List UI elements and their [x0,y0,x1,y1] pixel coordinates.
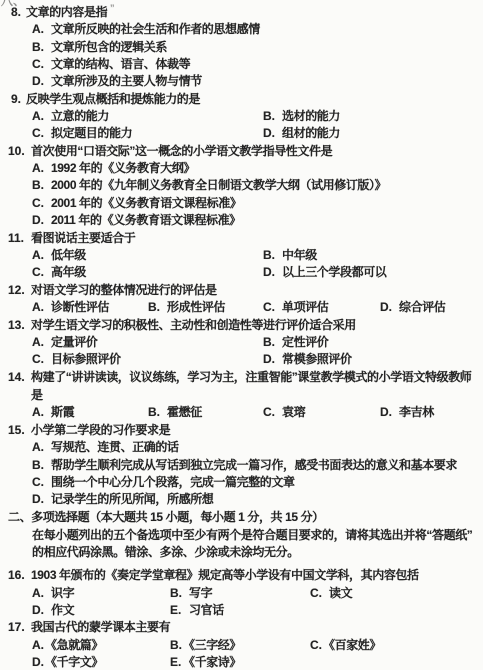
section-heading: 二、多项选择题（本大题共 15 小题，每小题 1 分，共 15 分） [8,508,324,526]
row-q14-options: A.斯霞 B.霍懋征 C.袁瑢 D.李吉林 [0,403,483,421]
option-label: D. [263,350,282,368]
question-stem: 小学第二学段的习作要求是 [31,421,170,439]
option-c: C.高年级 [32,263,86,281]
option-text: 《千家诗》 [183,655,241,669]
option-label: C. [263,403,282,421]
row-section2-instruction-2: 的相应代码涂黑。错涂、多涂、少涂或未涂均无分。 [0,543,483,561]
instruction-line: 在每小题列出的五个备选项中至少有两个是符合题目要求的，请将其选出并将“答题纸” [32,526,472,544]
row-q13-stem: 13. 对学生语文学习的积极性、主动性和创造性等进行评价适合采用 [0,316,483,334]
option-d: D.常模参照评价 [263,350,352,368]
row-q17-stem: 17. 我国古代的蒙学课本主要有 [0,618,483,636]
option-label: D. [32,211,51,229]
option-label: C. [32,194,51,212]
question-stem: 首次使用“口语交际”这一概念的小学语文教学指导性文件是 [31,142,332,160]
row-q12-options: A.诊断性评估 B.形成性评估 C.单项评估 D.综合评估 [0,298,483,316]
question-stem: 构建了“讲讲读读，议议练练，学习为主，注重智能”课堂教学模式的小学语文特级教师 [31,368,471,386]
row-q10-option-c: C.2001 年的《义务教育语文课程标准》 [0,194,483,212]
option-text: 《三字经》 [183,638,241,652]
option-text: 围绕一个中心分几个段落，完成一篇完整的文章 [51,475,295,489]
option-d: D.记录学生的所见所闻，所感所想 [32,490,213,508]
option-text: 习官话 [189,603,224,617]
option-text: 作文 [51,603,74,617]
option-a: A.诊断性评估 [32,298,109,316]
option-a: A.写规范、连贯、正确的话 [32,438,179,456]
option-text: 2001 年的《义务教育语文课程标准》 [51,196,241,210]
instruction-line: 的相应代码涂黑。错涂、多涂、少涂或未涂均无分。 [32,543,299,561]
row-q9-options-ab: A.立意的能力 B.选材的能力 [0,107,483,125]
option-label: A. [32,246,51,264]
option-b: B.选材的能力 [263,107,340,125]
option-text: 拟定题目的能力 [51,126,132,140]
question-number: 10. [8,142,25,160]
option-d: D.作文 [32,601,74,619]
question-stem: 对语文学习的整体情况进行的评估是 [31,281,217,299]
option-text: 以上三个学段都可以 [282,265,386,279]
option-label: D. [263,263,282,281]
option-e: E.习官话 [170,601,224,619]
option-text: 识字 [51,586,74,600]
question-stem: 我国古代的蒙学课本主要有 [31,618,170,636]
option-label: D. [380,403,399,421]
row-q16-options-abc: A.识字 B.写字 C.读文 [0,584,483,602]
row-q11-options-ab: A.低年级 B.中年级 [0,246,483,264]
option-text: 诊断性评估 [51,300,109,314]
option-label: C. [32,473,51,491]
option-c: C.《百家姓》 [310,636,381,654]
question-number: 15. [8,421,25,439]
option-label: D. [32,653,45,670]
option-b: B.写字 [170,584,212,602]
row-q8-option-d: D.文章所涉及的主要人物与情节 [0,72,483,90]
option-text: 文章的结构、语言、体裁等 [51,57,190,71]
option-text: 1992 年的《义务教育大纲》 [51,161,195,175]
question-stem: 对学生语文学习的积极性、主动性和创造性等进行评价适合采用 [31,316,356,334]
scan-artifact-mark: ” [110,0,115,17]
option-label: B. [32,176,51,194]
row-q10-option-b: B.2000 年的《九年制义务教育全日制语文教学大纲（试用修订版）》 [0,176,483,194]
option-text: 2000 年的《九年制义务教育全日制语文教学大纲（试用修订版）》 [51,178,386,192]
option-a: A.低年级 [32,246,86,264]
row-q15-stem: 15. 小学第二学段的习作要求是 [0,421,483,439]
question-stem: 1903 年颁布的《奏定学堂章程》规定高等小学设有中国文学科，其内容包括 [31,566,419,584]
option-c: C.围绕一个中心分几个段落，完成一篇完整的文章 [32,473,295,491]
option-label: D. [32,72,51,90]
option-text: 文章所反映的社会生活和作者的思想感情 [51,22,260,36]
row-q15-option-a: A.写规范、连贯、正确的话 [0,438,483,456]
option-text: 定性评价 [282,335,328,349]
option-label: D. [32,490,51,508]
option-text: 低年级 [51,248,86,262]
option-text: 写字 [189,586,212,600]
option-label: C. [310,636,323,654]
option-label: A. [32,298,51,316]
option-label: B. [32,456,51,474]
row-q10-option-d: D.2011 年的《义务教育语文课程标准》 [0,211,483,229]
option-label: E. [170,601,189,619]
option-text: 单项评估 [282,300,328,314]
row-q11-stem: 11. 看图说话主要适合于 [0,229,483,247]
option-text: 目标参照评价 [51,352,121,366]
option-label: C. [310,584,329,602]
question-stem: 反映学生观点概括和提炼能力的是 [26,90,200,108]
option-text: 读文 [329,586,352,600]
row-q8-option-a: A.文章所反映的社会生活和作者的思想感情 [0,20,483,38]
option-label: B. [148,298,167,316]
question-number: 8. [11,3,21,21]
option-b: B.定性评价 [263,333,328,351]
row-q10-option-a: A.1992 年的《义务教育大纲》 [0,159,483,177]
option-c: C.拟定题目的能力 [32,124,132,142]
exam-page: 八、 8. 文章的内容是指 ” A.文章所反映的社会生活和作者的思想感情 B.文… [0,0,483,670]
option-text: 定量评价 [51,335,97,349]
option-label: E. [170,653,183,670]
option-label: B. [263,246,282,264]
option-text: 综合评估 [399,300,445,314]
option-e: E.《千家诗》 [170,653,241,670]
option-label: B. [170,584,189,602]
option-a: A.《急就篇》 [32,636,103,654]
option-text: 霍懋征 [167,405,202,419]
option-text: 斯霞 [51,405,74,419]
option-label: C. [32,350,51,368]
option-d: D.综合评估 [380,298,445,316]
option-a: A.1992 年的《义务教育大纲》 [32,159,195,177]
option-label: A. [32,333,51,351]
question-stem: 看图说话主要适合于 [31,229,135,247]
option-label: C. [263,298,282,316]
option-text: 《急就篇》 [45,638,103,652]
option-text: 高年级 [51,265,86,279]
option-text: 选材的能力 [282,109,340,123]
row-q12-stem: 12. 对语文学习的整体情况进行的评估是 [0,281,483,299]
option-b: B.《三字经》 [170,636,241,654]
option-text: 《千字文》 [45,655,103,669]
row-q13-options-ab: A.定量评价 B.定性评价 [0,333,483,351]
question-number: 14. [8,368,25,386]
row-q14-stem: 14. 构建了“讲讲读读，议议练练，学习为主，注重智能”课堂教学模式的小学语文特… [0,368,483,386]
option-b: B.中年级 [263,246,317,264]
row-q15-option-b: B.帮助学生顺利完成从写话到独立完成一篇习作，感受书面表达的意义和基本要求 [0,456,483,474]
option-d: D.《千字文》 [32,653,103,670]
option-b: B.2000 年的《九年制义务教育全日制语文教学大纲（试用修订版）》 [32,176,386,194]
option-text: 形成性评估 [167,300,225,314]
question-number: 11. [8,229,24,247]
option-b: B.文章所包含的逻辑关系 [32,38,167,56]
option-text: 文章所涉及的主要人物与情节 [51,74,202,88]
option-a: A.文章所反映的社会生活和作者的思想感情 [32,20,260,38]
row-q13-options-cd: C.目标参照评价 D.常模参照评价 [0,350,483,368]
option-label: C. [32,55,51,73]
option-label: B. [32,38,51,56]
option-text: 常模参照评价 [282,352,352,366]
option-d: D.2011 年的《义务教育语文课程标准》 [32,211,241,229]
option-label: D. [380,298,399,316]
option-c: C.单项评估 [263,298,328,316]
option-c: C.目标参照评价 [32,350,121,368]
question-number: 16. [8,566,25,584]
row-q11-options-cd: C.高年级 D.以上三个学段都可以 [0,263,483,281]
option-text: 记录学生的所见所闻，所感所想 [51,492,213,506]
option-label: A. [32,20,51,38]
option-text: 中年级 [282,248,317,262]
option-c: C.读文 [310,584,352,602]
row-q16-options-de: D.作文 E.习官话 [0,601,483,619]
option-label: B. [263,107,282,125]
row-q14-stem-wrap: 是 [0,386,483,404]
option-label: B. [170,636,183,654]
row-q8-stem: 8. 文章的内容是指 ” [0,3,483,21]
row-q17-options-abc: A.《急就篇》 B.《三字经》 C.《百家姓》 [0,636,483,654]
option-text: 文章所包含的逻辑关系 [51,40,167,54]
option-label: A. [32,403,51,421]
option-label: B. [148,403,167,421]
option-a: A.识字 [32,584,74,602]
row-q10-stem: 10. 首次使用“口语交际”这一概念的小学语文教学指导性文件是 [0,142,483,160]
option-a: A.斯霞 [32,403,74,421]
row-q17-options-de: D.《千字文》 E.《千家诗》 [0,653,483,670]
option-c: C.袁瑢 [263,403,305,421]
option-c: C.文章的结构、语言、体裁等 [32,55,190,73]
option-a: A.立意的能力 [32,107,109,125]
option-text: 袁瑢 [282,405,305,419]
row-q9-options-cd: C.拟定题目的能力 D.组材的能力 [0,124,483,142]
row-section2-heading: 二、多项选择题（本大题共 15 小题，每小题 1 分，共 15 分） [0,508,483,526]
question-number: 12. [8,281,25,299]
option-b: B.帮助学生顺利完成从写话到独立完成一篇习作，感受书面表达的意义和基本要求 [32,456,457,474]
option-label: D. [263,124,282,142]
option-text: 立意的能力 [51,109,109,123]
question-number: 17. [8,618,25,636]
option-label: A. [32,438,51,456]
option-label: C. [32,124,51,142]
option-c: C.2001 年的《义务教育语文课程标准》 [32,194,241,212]
row-q8-option-c: C.文章的结构、语言、体裁等 [0,55,483,73]
option-text: 2011 年的《义务教育语文课程标准》 [51,213,241,227]
option-d: D.以上三个学段都可以 [263,263,386,281]
option-b: B.形成性评估 [148,298,225,316]
row-q9-stem: 9. 反映学生观点概括和提炼能力的是 [0,90,483,108]
option-label: A. [32,159,51,177]
option-label: B. [263,333,282,351]
option-label: C. [32,263,51,281]
option-a: A.定量评价 [32,333,97,351]
option-text: 《百家姓》 [323,638,381,652]
row-q15-option-d: D.记录学生的所见所闻，所感所想 [0,490,483,508]
question-stem-continued: 是 [31,386,43,404]
option-text: 组材的能力 [282,126,340,140]
row-q15-option-c: C.围绕一个中心分几个段落，完成一篇完整的文章 [0,473,483,491]
option-text: 李吉林 [399,405,434,419]
row-section2-instruction-1: 在每小题列出的五个备选项中至少有两个是符合题目要求的，请将其选出并将“答题纸” [0,526,483,544]
option-d: D.李吉林 [380,403,434,421]
question-stem: 文章的内容是指 [26,3,107,21]
question-number: 9. [11,90,21,108]
row-q8-option-b: B.文章所包含的逻辑关系 [0,38,483,56]
option-label: A. [32,107,51,125]
option-b: B.霍懋征 [148,403,202,421]
option-label: A. [32,584,51,602]
option-d: D.文章所涉及的主要人物与情节 [32,72,202,90]
option-label: A. [32,636,45,654]
option-d: D.组材的能力 [263,124,340,142]
option-text: 写规范、连贯、正确的话 [51,440,179,454]
row-q16-stem: 16. 1903 年颁布的《奏定学堂章程》规定高等小学设有中国文学科，其内容包括 [0,566,483,584]
question-number: 13. [8,316,25,334]
option-text: 帮助学生顺利完成从写话到独立完成一篇习作，感受书面表达的意义和基本要求 [51,458,457,472]
option-label: D. [32,601,51,619]
